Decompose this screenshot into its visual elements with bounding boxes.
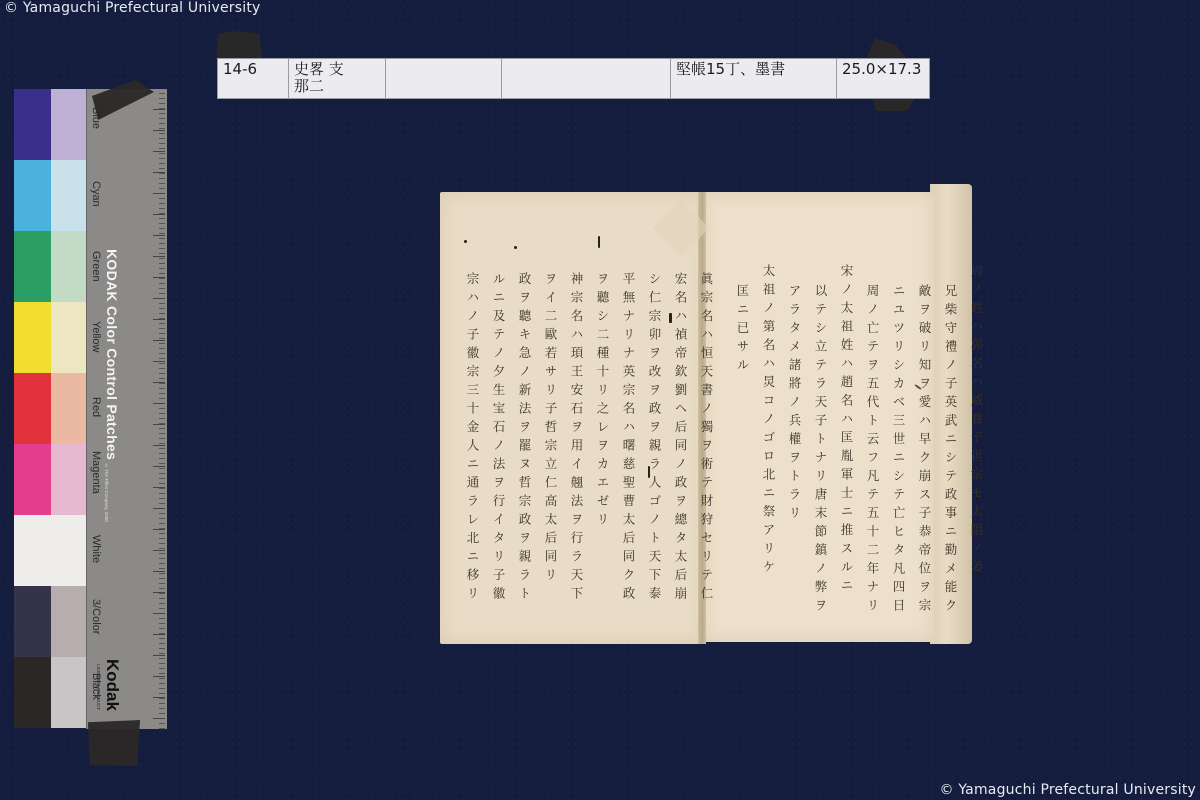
text-column: ヲイ二歐若サリ子哲宗立仁高太后同リ xyxy=(540,272,560,612)
text-column-with-heading: 宋ノ太祖姓ハ趙名ハ匡胤軍士ニ推スルニ黄袍ヲ xyxy=(836,264,856,604)
left-page-text: 眞宗名ハ恒天書ノ獨ヲ術テ財狩セリテ仁 宏名ハ禎帝欽劉ヘ后同ノ政ヲ總タ太后崩 シ仁… xyxy=(462,272,716,612)
patch-label-red: Red xyxy=(90,397,102,417)
patch-red-light xyxy=(51,373,86,444)
ruler: Blue Cyan Green Yellow Red Magenta White… xyxy=(86,89,167,729)
patch-3color-dark xyxy=(14,586,51,657)
color-card-title: KODAK Color Control Patches xyxy=(104,249,120,460)
text-column: 周ノ姓ハ郭名ハ威養子世宗モ太阻ノ姜 xyxy=(966,264,986,604)
patch-red-dark xyxy=(14,373,51,444)
licensed-product-text: LICENSED PRODUCT xyxy=(96,664,101,710)
ink-speck xyxy=(648,466,650,478)
patch-yellow-dark xyxy=(14,302,51,373)
patch-blue-light xyxy=(51,89,86,160)
catalog-title: 史畧 支 那二 xyxy=(289,59,386,98)
patch-label-white: White xyxy=(90,535,102,563)
ink-speck xyxy=(514,246,517,249)
catalog-col3 xyxy=(386,59,502,98)
text-column: 神宗名ハ頊王安石ヲ用イ翹法ヲ行ラ天下 xyxy=(566,272,586,612)
tape-label-right xyxy=(866,38,908,60)
text-column: 周ノ亡テヲ五代ト云フ凡テ五十二年ナリ xyxy=(862,284,882,624)
open-book: 眞宗名ハ恒天書ノ獨ヲ術テ財狩セリテ仁 宏名ハ禎帝欽劉ヘ后同ノ政ヲ總タ太后崩 シ仁… xyxy=(436,168,976,648)
patches-dark xyxy=(14,89,51,728)
text-column: 宏名ハ禎帝欽劉ヘ后同ノ政ヲ總タ太后崩 xyxy=(670,272,690,612)
kodak-logo: Kodak xyxy=(102,659,122,711)
text-column: 兄柴守禮ノ子英武ニシテ政事ニ勤メ能ク xyxy=(940,284,960,624)
catalog-label: 14-6 史畧 支 那二 堅帳15丁、墨書 25.0×17.3 xyxy=(217,58,930,99)
ink-speck xyxy=(464,240,467,243)
patch-black-dark xyxy=(14,657,51,728)
text-column: ルニ及テノ夕生宝石ノ法ヲ行イタリ子徽 xyxy=(488,272,508,612)
catalog-col4 xyxy=(502,59,671,98)
patch-blue-dark xyxy=(14,89,51,160)
patch-green-light xyxy=(51,231,86,302)
patch-label-cyan: Cyan xyxy=(90,181,102,207)
text-column: 匡ニ已サル xyxy=(732,284,752,624)
tape-label-left xyxy=(216,31,262,59)
patches-light xyxy=(51,89,86,728)
patch-label-3color: 3/Color xyxy=(90,599,102,634)
patch-3color-light xyxy=(51,586,86,657)
copyright-bottom: © Yamaguchi Prefectural University xyxy=(940,782,1197,798)
patch-magenta-light xyxy=(51,444,86,515)
tape-label-right-bottom xyxy=(872,97,916,111)
patch-label-magenta: Magenta xyxy=(90,451,102,494)
text-column: シ仁宗卯ヲ改ヲ政ヲ親ラ人ゴノト天下泰 xyxy=(644,272,664,612)
ink-speck xyxy=(669,313,672,323)
text-column: 宗ハノ子徽宗三十金人ニ通ラレ北ニ移リ xyxy=(462,272,482,612)
text-column: 以テシ立テラ天子トナリ唐末節鎮ノ弊ヲ xyxy=(810,284,830,624)
ruler-major-ticks xyxy=(147,89,165,729)
color-card-copyright: © The Tiffen Company, 2000 xyxy=(104,463,109,522)
right-page-text: 周ノ姓ハ郭名ハ威養子世宗モ太阻ノ姜 兄柴守禮ノ子英武ニシテ政事ニ勤メ能ク 敵ヲ破… xyxy=(732,252,986,592)
text-column: 敵ヲ破リ知ヲ愛ハ早ク崩ス子恭帝位ヲ宗 xyxy=(914,284,934,624)
kodak-color-card: Blue Cyan Green Yellow Red Magenta White… xyxy=(14,89,153,729)
ink-speck xyxy=(598,236,600,248)
text-column: 政ヲ聽キ急ノ新法ヲ罷ヌ哲宗政ヲ親ラト xyxy=(514,272,534,612)
patch-white xyxy=(14,515,51,586)
patch-magenta-dark xyxy=(14,444,51,515)
patch-white-light xyxy=(51,515,86,586)
patch-label-green: Green xyxy=(90,251,102,282)
text-column: 平無ナリナ英宗名ハ曙慈聖曹太后同ク政 xyxy=(618,272,638,612)
patch-black-light xyxy=(51,657,86,728)
patch-cyan-dark xyxy=(14,160,51,231)
text-column: アラタメ諸將ノ兵權ヲトラリ xyxy=(784,284,804,624)
catalog-format: 堅帳15丁、墨書 xyxy=(671,59,837,98)
patch-cyan-light xyxy=(51,160,86,231)
patch-label-yellow: Yellow xyxy=(90,321,102,352)
text-column: ニユツリシカベ三世ニシテ亡ヒタ凡四日 xyxy=(888,284,908,624)
text-column: ヲ聽シ二種十リ之レヲカエゼリ xyxy=(592,272,612,612)
patch-yellow-light xyxy=(51,302,86,373)
catalog-size: 25.0×17.3 xyxy=(837,59,929,98)
copyright-top: © Yamaguchi Prefectural University xyxy=(4,0,261,16)
text-column-with-heading: 太祖ノ第名ハ炅コノゴロ北ニ祭アリケ xyxy=(758,264,778,604)
tape-card-bottom xyxy=(88,720,140,766)
catalog-id: 14-6 xyxy=(218,59,289,98)
patch-green-dark xyxy=(14,231,51,302)
text-column: 眞宗名ハ恒天書ノ獨ヲ術テ財狩セリテ仁 xyxy=(696,272,716,612)
